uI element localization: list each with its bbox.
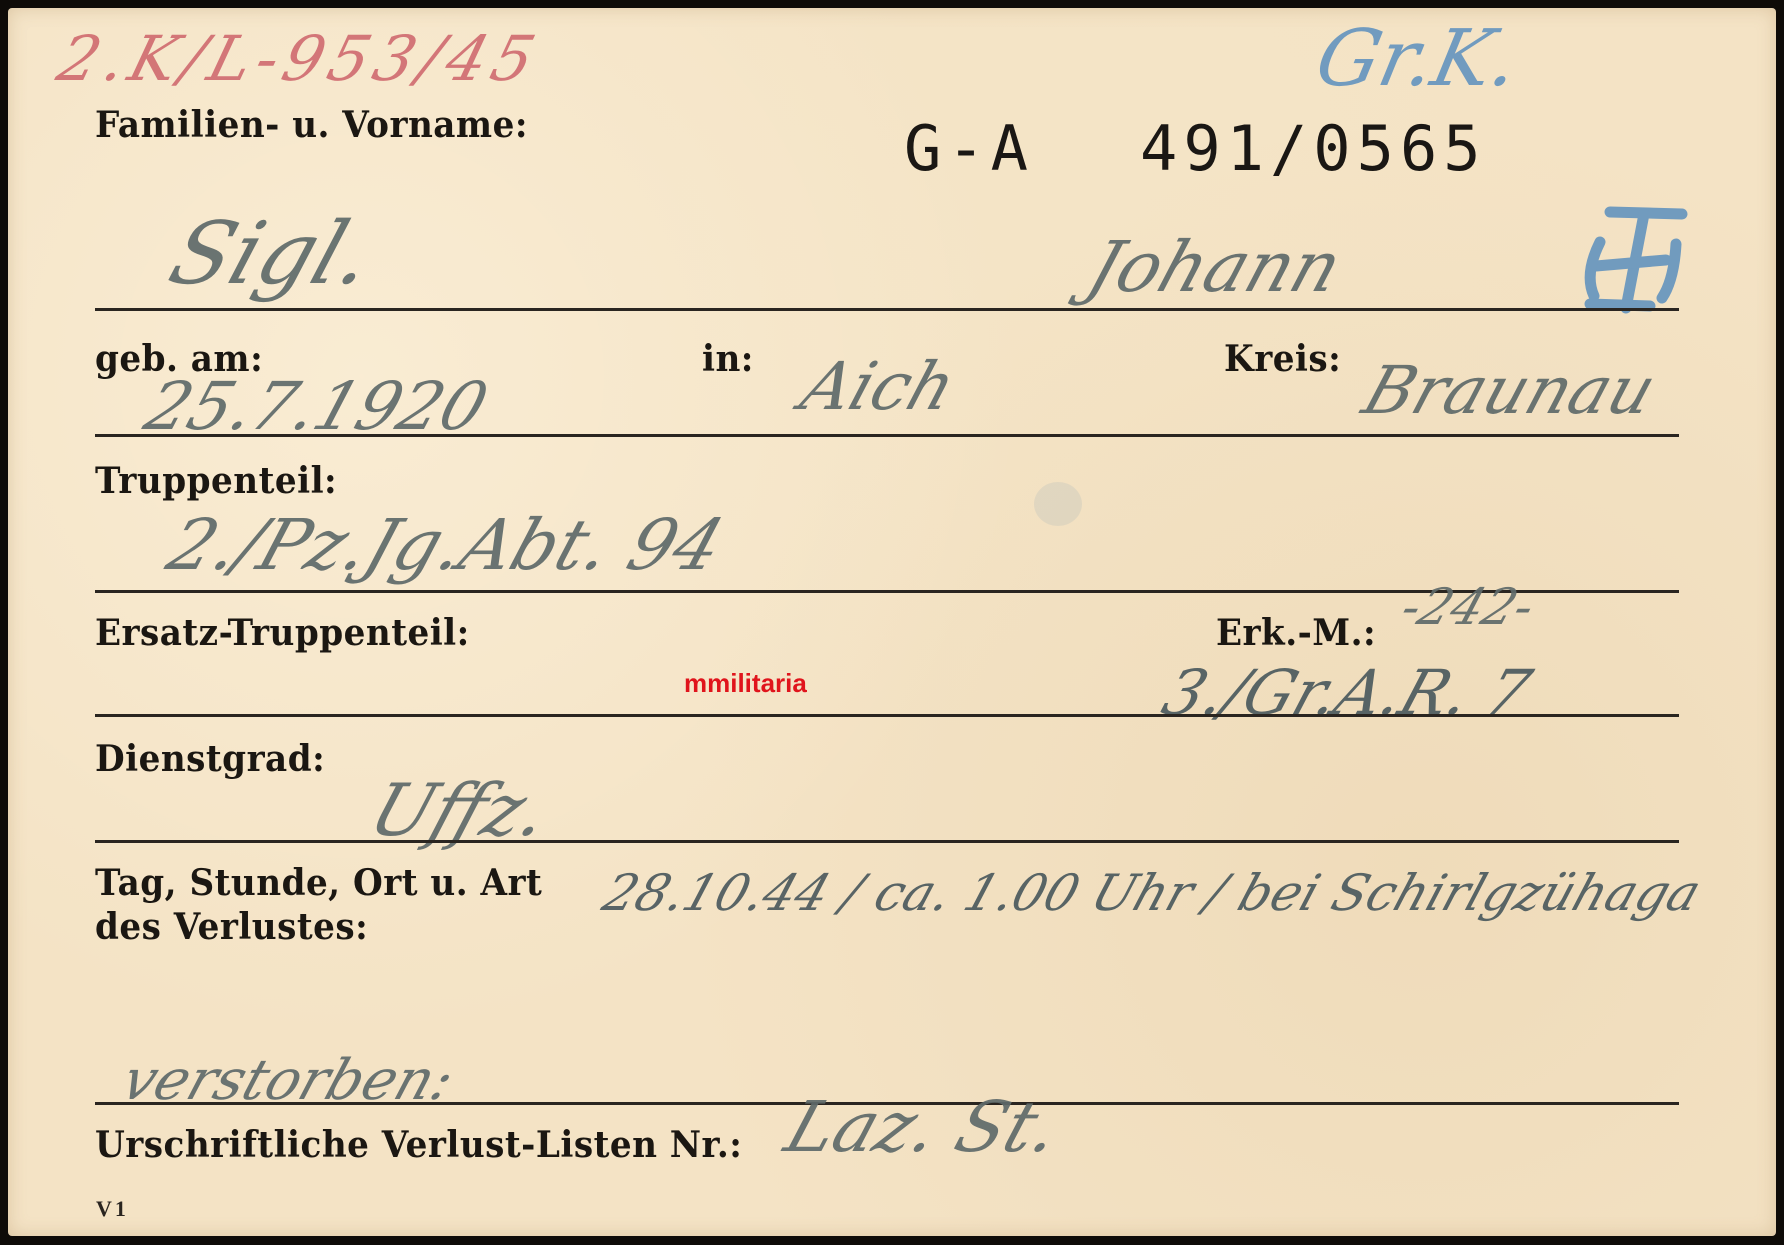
loss-list-label: Urschriftliche Verlust-Listen Nr.: [95,1124,742,1166]
rule-name [95,308,1679,311]
typed-number: 491/0565 [1140,112,1487,185]
form-code: V1 [96,1196,129,1222]
id-tag-number: -242- [1394,578,1542,636]
replacement-unit-label: Ersatz-Truppenteil: [95,612,470,654]
unit-value: 2./Pz.Jg.Abt. 94 [158,504,733,586]
watermark-text: mmilitaria [684,668,807,699]
loss-list-value: Laz. St. [776,1086,1071,1168]
blue-cross-mark-icon [1570,204,1690,314]
archive-reference-red: 2.K/L-953/45 [50,22,548,95]
rank-label: Dienstgrad: [95,738,325,780]
casualty-index-card: 2.K/L-953/45 Gr.K. G-A 491/0565 Familien… [8,8,1776,1236]
unit-label: Truppenteil: [95,460,337,502]
district-value: Braunau [1354,352,1665,429]
rule-replacement-unit [95,714,1679,717]
paper-stain [1034,482,1082,526]
loss-label-line2: des Verlustes: [95,906,368,948]
birth-place-label: in: [702,338,754,380]
id-tag-label: Erk.-M.: [1216,612,1376,654]
id-tag-unit: 3./Gr.A.R. 7 [1154,656,1540,729]
rule-rank [95,840,1679,843]
birth-place-value: Aich [792,348,965,425]
loss-details-value: 28.10.44 / ca. 1.00 Uhr / bei Schirlgzüh… [596,864,1708,922]
rule-birth [95,434,1679,437]
typed-prefix: G-A [904,112,1034,185]
district-label: Kreis: [1224,338,1341,380]
given-name-value: Johann [1078,226,1352,308]
loss-label-line1: Tag, Stunde, Ort u. Art [95,862,542,904]
surname-value: Sigl. [158,204,387,304]
name-label: Familien- u. Vorname: [95,104,528,146]
blue-notation: Gr.K. [1308,14,1526,104]
